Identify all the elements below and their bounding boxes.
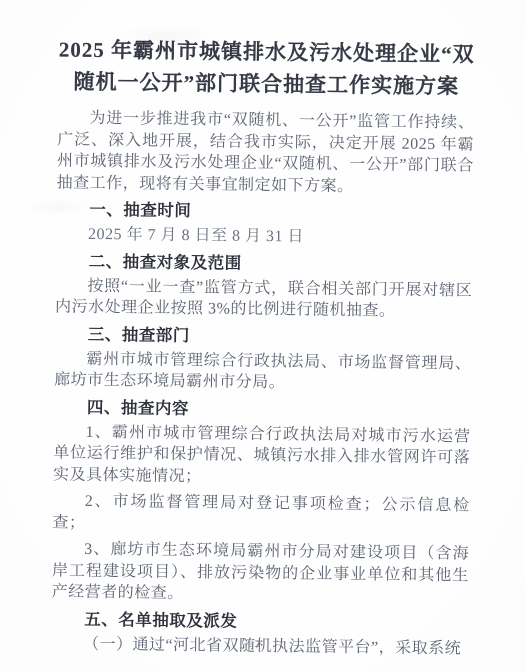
inspection-content-item-2: 2、市场监督管理局对登记事项检查；公示信息检查； <box>52 490 469 538</box>
inspection-time-value: 2025 年 7 月 8 日至 8 月 31 日 <box>56 223 473 250</box>
document-title: 2025 年霸州市城镇排水及污水处理企业“双随机一公开”部门联合抽查工作实施方案 <box>58 33 476 102</box>
section-heading-inspection-content: 四、抽查内容 <box>54 396 471 423</box>
section-heading-inspection-time: 一、抽查时间 <box>56 198 473 225</box>
inspection-departments-paragraph: 霸州市城市管理综合行政执法局、市场监督管理局、廊坊市生态环境局霸州市分局。 <box>54 348 471 396</box>
section-heading-inspection-scope: 二、抽查对象及范围 <box>56 250 473 277</box>
section-heading-list-selection: 五、名单抽取及派发 <box>51 608 468 635</box>
document-content: 2025 年霸州市城镇排水及污水处理企业“双随机一公开”部门联合抽查工作实施方案… <box>51 33 476 664</box>
inspection-scope-paragraph: 按照“一业一查”监管方式，联合相关部门开展对辖区内污水处理企业按照 3%的比例进… <box>55 275 472 323</box>
page-number: 2 <box>0 638 515 650</box>
scanned-document-page: 2025 年霸州市城镇排水及污水处理企业“双随机一公开”部门联合抽查工作实施方案… <box>0 0 525 672</box>
inspection-content-item-1: 1、霸州市城市管理综合行政执法局对城市污水运营单位运行维护和保护情况、城镇污水排… <box>53 421 471 491</box>
section-heading-inspection-departments: 三、抽查部门 <box>55 323 472 350</box>
intro-paragraph: 为进一步推进我市“双随机、一公开”监管工作持续、广泛、深入地开展，结合我市实际，… <box>57 107 475 198</box>
inspection-content-item-3: 3、廊坊市生态环境局霸州市分局对建设项目（含海岸工程建设项目）、排放污染物的企业… <box>51 538 469 608</box>
